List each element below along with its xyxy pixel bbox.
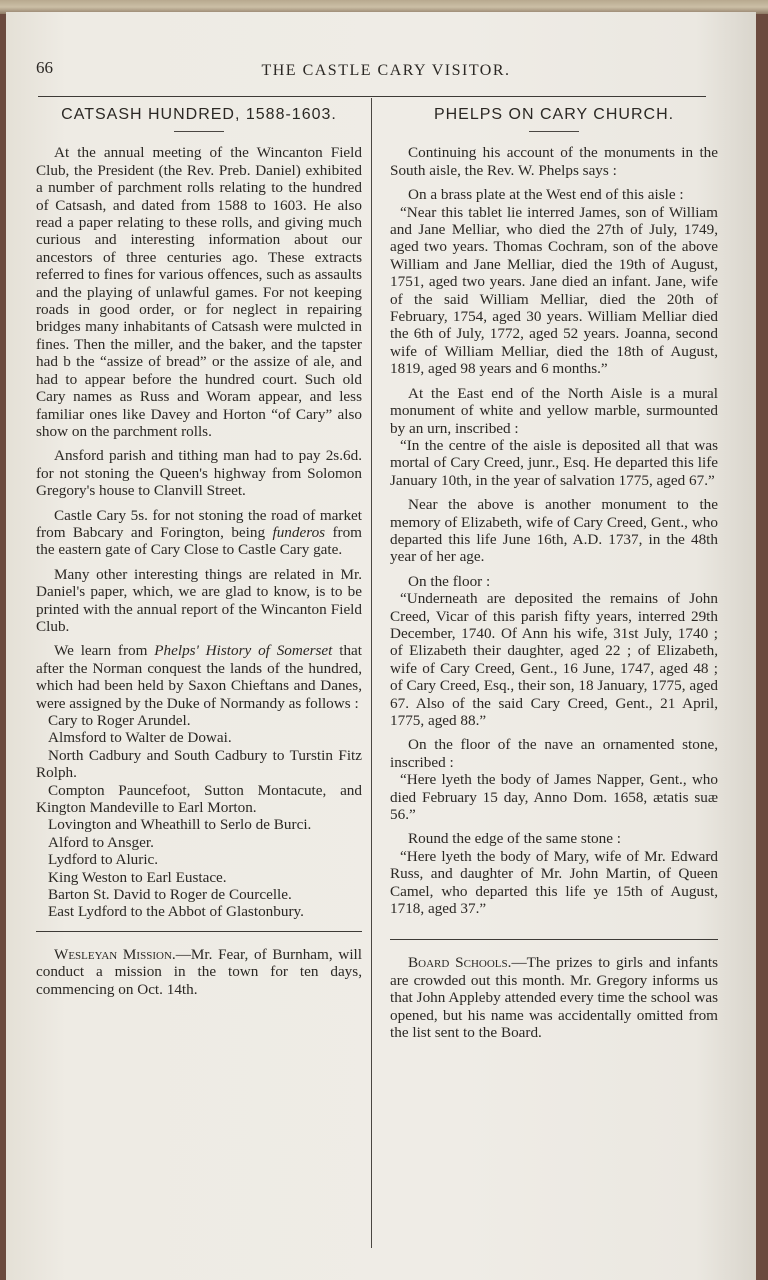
title-rule <box>529 131 579 132</box>
title-rule <box>174 131 224 132</box>
list-item: Lovington and Wheathill to Serlo de Burc… <box>36 816 362 833</box>
column-divider <box>371 98 372 1248</box>
section-rule <box>390 939 718 940</box>
board-schools-notice: Board Schools.—The prizes to girls and i… <box>390 954 718 1041</box>
inscription-quote: “Here lyeth the body of Mary, wife of Mr… <box>390 848 718 918</box>
list-item: Compton Pauncefoot, Sutton Montacute, an… <box>36 782 362 817</box>
list-item: Barton St. David to Roger de Courcelle. <box>36 886 362 903</box>
article-paragraph: On the floor of the nave an ornamented s… <box>390 736 718 771</box>
magazine-page: 66 THE CASTLE CARY VISITOR. CATSASH HUND… <box>6 12 756 1280</box>
inscription-quote: “Here lyeth the body of James Napper, Ge… <box>390 771 718 823</box>
right-column: PHELPS ON CARY CHURCH. Continuing his ac… <box>390 104 718 1049</box>
header-rule <box>38 96 706 97</box>
notice-heading: Wesleyan Mission. <box>54 946 176 963</box>
list-item: Cary to Roger Arundel. <box>36 712 362 729</box>
article-title-catsash: CATSASH HUNDRED, 1588-1603. <box>36 106 362 123</box>
wesleyan-mission-notice: Wesleyan Mission.—Mr. Fear, of Burnham, … <box>36 946 362 998</box>
article-paragraph: Many other interesting things are relate… <box>36 566 362 636</box>
article-title-phelps: PHELPS ON CARY CHURCH. <box>390 106 718 123</box>
article-paragraph: Ansford parish and tithing man had to pa… <box>36 447 362 499</box>
land-assignment-list: Cary to Roger Arundel. Almsford to Walte… <box>36 712 362 921</box>
section-rule <box>36 931 362 932</box>
article-paragraph: At the East end of the North Aisle is a … <box>390 385 718 437</box>
running-title: THE CASTLE CARY VISITOR. <box>36 62 736 80</box>
left-column: CATSASH HUNDRED, 1588-1603. At the annua… <box>36 104 362 1005</box>
inscription-quote: “Underneath are deposited the remains of… <box>390 590 718 729</box>
list-item: North Cadbury and South Cadbury to Turst… <box>36 747 362 782</box>
article-paragraph: Round the edge of the same stone : <box>390 830 718 847</box>
list-item: King Weston to Earl Eustace. <box>36 869 362 886</box>
italic-term: funderos <box>272 524 325 541</box>
list-item: Alford to Ansger. <box>36 834 362 851</box>
article-paragraph: We learn from Phelps' History of Somerse… <box>36 642 362 712</box>
page-header: 66 THE CASTLE CARY VISITOR. <box>36 58 736 82</box>
list-item: Almsford to Walter de Dowai. <box>36 729 362 746</box>
article-paragraph: Continuing his account of the monuments … <box>390 144 718 179</box>
article-paragraph: Near the above is another monument to th… <box>390 496 718 566</box>
article-paragraph: On a brass plate at the West end of this… <box>390 186 718 203</box>
notice-heading: Board Schools. <box>408 954 511 971</box>
text-run: We learn from <box>54 642 154 659</box>
article-paragraph: On the floor : <box>390 573 718 590</box>
list-item: Lydford to Aluric. <box>36 851 362 868</box>
list-item: East Lydford to the Abbot of Glastonbury… <box>36 903 362 920</box>
book-title: Phelps' History of Somerset <box>154 642 332 659</box>
inscription-quote: “Near this tablet lie interred James, so… <box>390 204 718 378</box>
inscription-quote: “In the centre of the aisle is deposited… <box>390 437 718 489</box>
article-paragraph: Castle Cary 5s. for not stoning the road… <box>36 507 362 559</box>
article-paragraph: At the annual meeting of the Wincanton F… <box>36 144 362 440</box>
